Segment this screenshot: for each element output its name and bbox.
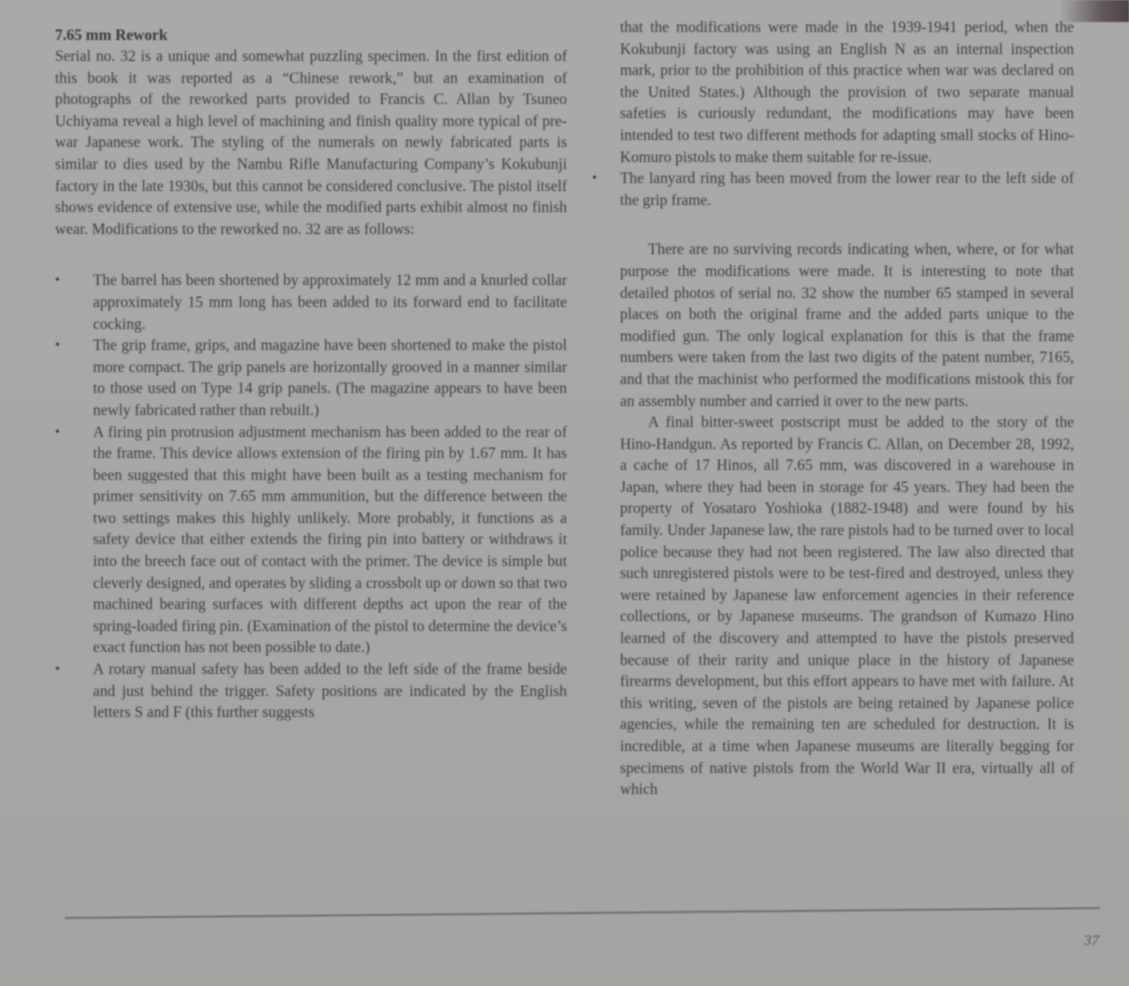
list-item-text: The lanyard ring has been moved from the…	[620, 170, 1074, 209]
bullet-icon: •	[55, 335, 60, 357]
list-item-text: The grip frame, grips, and magazine have…	[93, 337, 567, 419]
continuation-paragraph: that the modifications were made in the …	[620, 17, 1074, 168]
book-page: 7.65 mm Rework Serial no. 32 is a unique…	[0, 0, 1129, 986]
right-column: that the modifications were made in the …	[620, 17, 1074, 801]
bullet-icon: •	[55, 659, 60, 681]
list-item: • A rotary manual safety has been added …	[55, 659, 567, 724]
bullet-icon: •	[55, 270, 60, 292]
list-item-text: A rotary manual safety has been added to…	[93, 661, 567, 721]
paragraph-gap	[620, 211, 1074, 239]
list-item-text: The barrel has been shortened by approxi…	[93, 272, 567, 332]
modifications-list-continued: • The lanyard ring has been moved from t…	[620, 168, 1074, 211]
page-number: 37	[1084, 933, 1099, 950]
body-paragraph: A final bitter-sweet postscript must be …	[620, 412, 1074, 801]
body-paragraph: There are no surviving records indicatin…	[620, 239, 1074, 412]
left-column: 7.65 mm Rework Serial no. 32 is a unique…	[55, 26, 567, 724]
modifications-list: • The barrel has been shortened by appro…	[55, 270, 567, 723]
bullet-icon: •	[592, 168, 597, 190]
list-item: • The lanyard ring has been moved from t…	[620, 168, 1074, 211]
section-title: 7.65 mm Rework	[55, 26, 567, 46]
intro-paragraph: Serial no. 32 is a unique and somewhat p…	[55, 46, 567, 240]
list-item: • The barrel has been shortened by appro…	[55, 270, 567, 335]
list-item-text: A firing pin protrusion adjustment mecha…	[93, 424, 567, 657]
list-item: • The grip frame, grips, and magazine ha…	[55, 335, 567, 421]
footer-rule	[65, 907, 1100, 919]
list-item: • A firing pin protrusion adjustment mec…	[55, 422, 567, 660]
bullet-icon: •	[55, 422, 60, 444]
